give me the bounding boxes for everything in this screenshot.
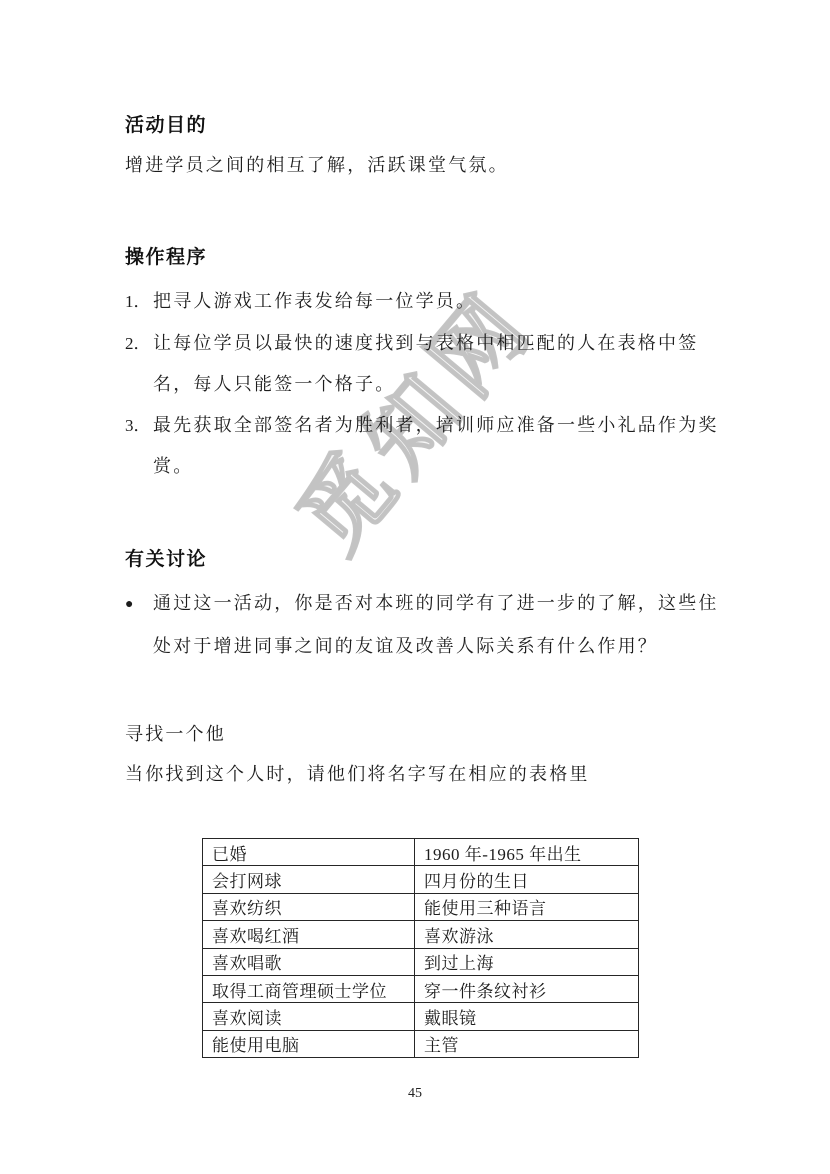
table-row: 已婚 1960 年-1965 年出生 [203, 839, 639, 866]
table-cell: 取得工商管理硕士学位 [203, 975, 415, 1002]
procedure-item-3-text-line-1: 最先获取全部签名者为胜利者，培训师应准备一些小礼品作为奖 [153, 415, 719, 435]
list-number: 2． [125, 329, 153, 354]
procedure-item-2-text-line-2: 名，每人只能签一个格子。 [153, 370, 395, 396]
table-row: 喜欢唱歌 到过上海 [203, 948, 639, 975]
table-cell: 会打网球 [203, 866, 415, 893]
table-row: 能使用电脑 主管 [203, 1030, 639, 1057]
discussion-text-line-2: 处对于增进同事之间的友谊及改善人际关系有什么作用？ [153, 632, 658, 658]
discussion-text-line-1: 通过这一活动，你是否对本班的同学有了进一步的了解，这些住 [153, 593, 719, 613]
section-heading-purpose: 活动目的 [125, 110, 207, 137]
table-row: 喜欢阅读 戴眼镜 [203, 1003, 639, 1030]
table-cell: 戴眼镜 [415, 1003, 639, 1030]
document-page: 觅知网 活动目的 增进学员之间的相互了解，活跃课堂气氛。 操作程序 1．把寻人游… [0, 0, 830, 1174]
table-row: 会打网球 四月份的生日 [203, 866, 639, 893]
procedure-item-1-text: 把寻人游戏工作表发给每一位学员。 [153, 291, 476, 311]
table-cell: 喜欢纺织 [203, 893, 415, 920]
table-cell: 主管 [415, 1030, 639, 1057]
procedure-item-3: 3．最先获取全部签名者为胜利者，培训师应准备一些小礼品作为奖 [125, 411, 719, 437]
worksheet-instruction: 当你找到这个人时，请他们将名字写在相应的表格里 [125, 760, 590, 786]
list-number: 1． [125, 287, 153, 312]
procedure-item-3-text-line-2: 赏。 [153, 452, 193, 478]
procedure-item-1: 1．把寻人游戏工作表发给每一位学员。 [125, 287, 476, 313]
table-cell: 喜欢唱歌 [203, 948, 415, 975]
section-heading-procedure: 操作程序 [125, 242, 207, 269]
table-cell: 喜欢游泳 [415, 921, 639, 948]
page-number: 45 [0, 1086, 830, 1102]
table-cell: 四月份的生日 [415, 866, 639, 893]
discussion-bullet-item: ●通过这一活动，你是否对本班的同学有了进一步的了解，这些住 [125, 589, 719, 615]
table-cell: 喜欢喝红酒 [203, 921, 415, 948]
table-cell: 能使用三种语言 [415, 893, 639, 920]
worksheet-table: 已婚 1960 年-1965 年出生 会打网球 四月份的生日 喜欢纺织 能使用三… [202, 838, 639, 1058]
table-cell: 喜欢阅读 [203, 1003, 415, 1030]
table-row: 喜欢喝红酒 喜欢游泳 [203, 921, 639, 948]
table-cell: 1960 年-1965 年出生 [415, 839, 639, 866]
table-cell: 能使用电脑 [203, 1030, 415, 1057]
table-cell: 到过上海 [415, 948, 639, 975]
worksheet-title: 寻找一个他 [125, 720, 226, 746]
procedure-item-2-text-line-1: 让每位学员以最快的速度找到与表格中相匹配的人在表格中签 [153, 333, 698, 353]
table-row: 取得工商管理硕士学位 穿一件条纹衬衫 [203, 975, 639, 1002]
purpose-body-text: 增进学员之间的相互了解，活跃课堂气氛。 [125, 151, 509, 177]
table-cell: 已婚 [203, 839, 415, 866]
section-heading-discussion: 有关讨论 [125, 544, 207, 571]
table-row: 喜欢纺织 能使用三种语言 [203, 893, 639, 920]
list-number: 3． [125, 411, 153, 436]
bullet-icon: ● [125, 597, 153, 613]
procedure-item-2: 2．让每位学员以最快的速度找到与表格中相匹配的人在表格中签 [125, 329, 698, 355]
table-cell: 穿一件条纹衬衫 [415, 975, 639, 1002]
